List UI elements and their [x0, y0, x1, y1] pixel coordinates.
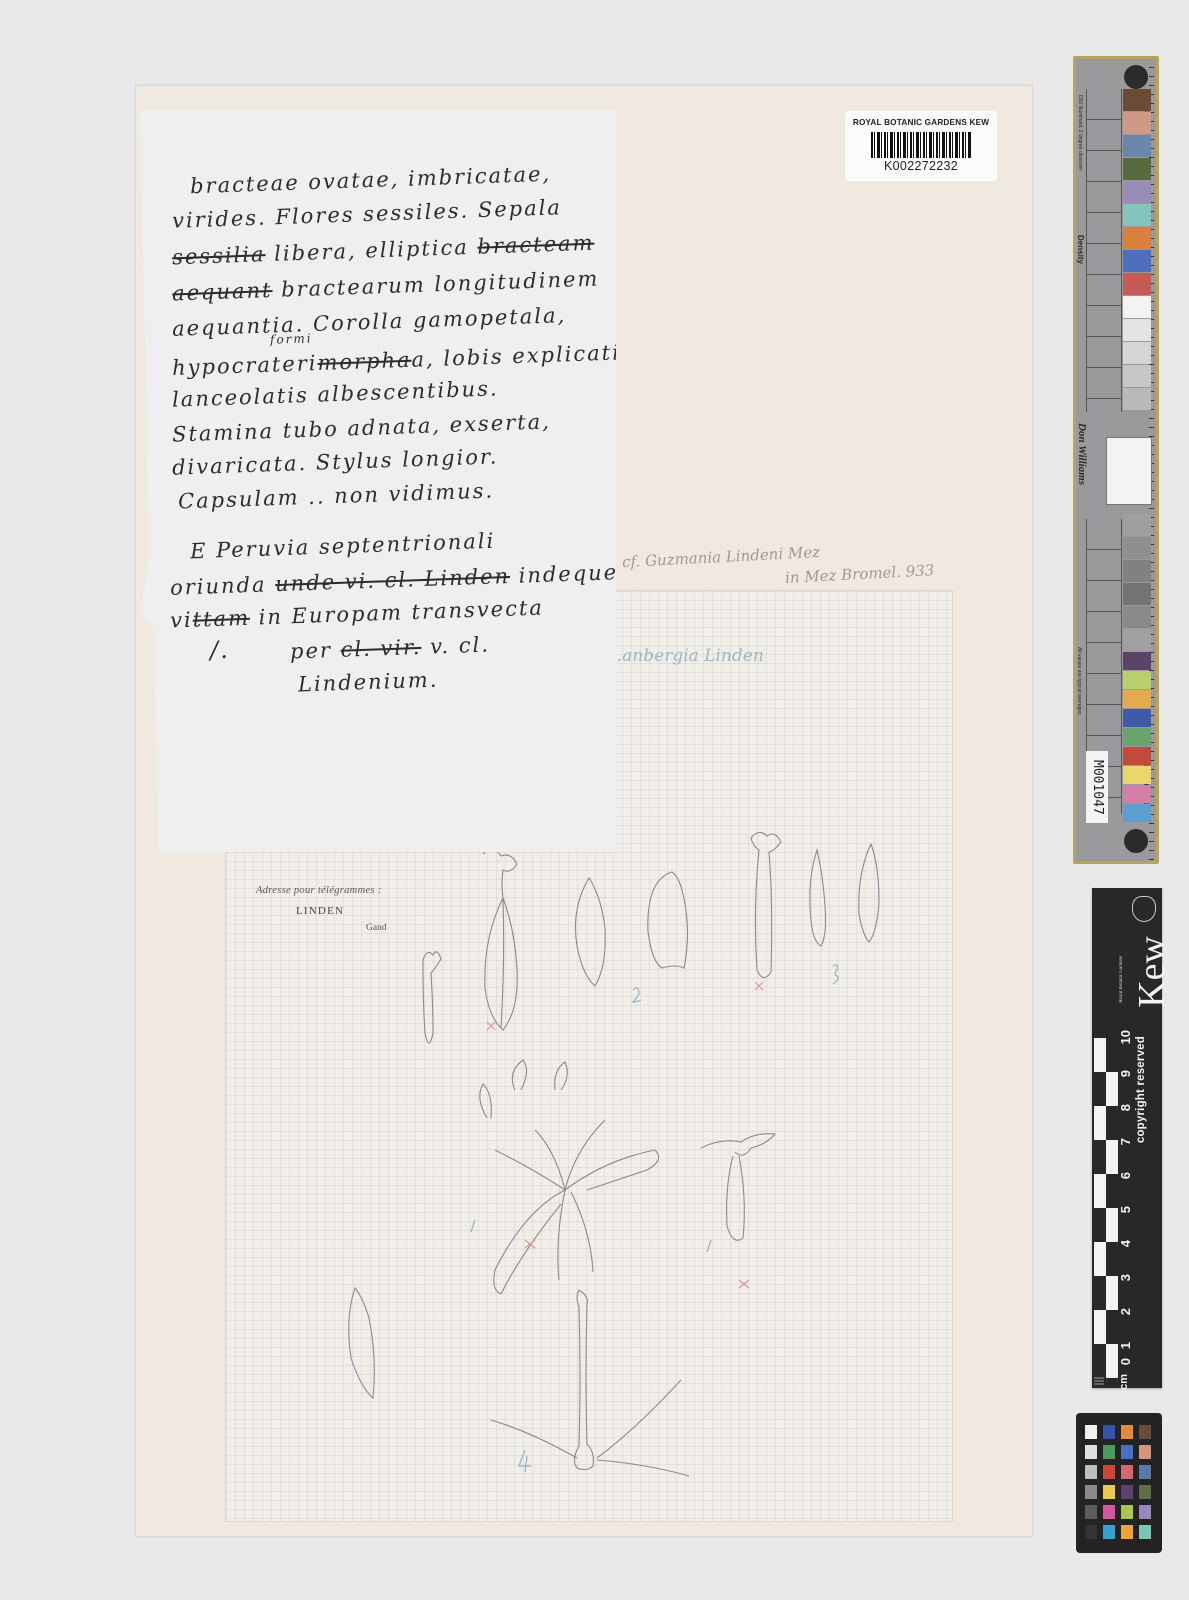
copyright-notice: copyright reserved — [1135, 1036, 1147, 1143]
note-line: E Peruvia septentrionali — [190, 529, 496, 564]
sketch-petal — [859, 844, 879, 942]
struck-word: aequant — [172, 278, 273, 305]
color-swatch — [1103, 1505, 1115, 1519]
color-swatch — [1085, 1485, 1097, 1499]
color-swatch — [1103, 1465, 1115, 1479]
ruler-color-patch — [1123, 89, 1151, 111]
sketch-pistil-with-leaves — [491, 1290, 689, 1476]
color-swatch — [1139, 1505, 1151, 1519]
color-swatch — [1085, 1465, 1097, 1479]
ruler-grey-patch — [1123, 629, 1151, 651]
cm-tick-9: 9 — [1118, 1070, 1133, 1077]
color-calibration-ruler: inches D50 Illuminant, 2 degree observer… — [1073, 56, 1159, 864]
color-swatch — [1121, 1485, 1133, 1499]
ruler-maker: Don Williams — [1076, 423, 1088, 485]
sketch-small-flower — [423, 952, 441, 1043]
color-swatch — [1121, 1425, 1133, 1439]
barcode-number: K002272232 — [845, 159, 997, 173]
cm-tick-4: 4 — [1118, 1240, 1133, 1247]
color-swatch — [1085, 1505, 1097, 1519]
specimen-number-label: M001047 — [1086, 751, 1108, 823]
note-line: lanceolatis albescentibus. — [172, 376, 499, 411]
kew-cm-scale-bar: Kew Royal Botanic Gardens copyright rese… — [1092, 888, 1162, 1388]
struck-word: bracteam — [477, 231, 595, 259]
cm-tick-6: 6 — [1118, 1172, 1133, 1179]
ruler-color-patch — [1123, 671, 1151, 689]
cm-tick-5: 5 — [1118, 1206, 1133, 1213]
ruler-color-patch — [1123, 728, 1151, 746]
color-swatch — [1121, 1465, 1133, 1479]
sketch-bract-1 — [576, 878, 606, 986]
struck-word: morpha — [317, 348, 412, 375]
ruler-caption: D50 Illuminant, 2 degree observer — [1077, 95, 1083, 170]
ruler-color-patch — [1123, 690, 1151, 708]
ruler-color-patch — [1123, 135, 1151, 157]
sketch-flower-stamens — [751, 832, 781, 977]
ruler-color-patch — [1123, 227, 1151, 249]
ruler-color-patch — [1123, 112, 1151, 134]
ruler-color-patch — [1123, 709, 1151, 727]
kew-wordmark: Kew — [1130, 936, 1174, 1008]
cm-tick-10: 10 — [1118, 1030, 1133, 1044]
ruler-grey-patch — [1123, 583, 1151, 605]
note-line: oriunda unde vi. cl. Linden indeque — [170, 560, 619, 600]
resolution-target — [1106, 437, 1152, 505]
cm-tick-8: 8 — [1118, 1104, 1133, 1111]
struck-word: sessilia — [172, 242, 266, 269]
density-label: Density — [1076, 235, 1085, 264]
color-swatch — [1085, 1445, 1097, 1459]
ruler-hole-top — [1124, 65, 1148, 89]
color-swatch — [1121, 1445, 1133, 1459]
cm-checker-scale — [1094, 1038, 1118, 1386]
note-line: aequant bractearum longitudinem — [172, 267, 600, 306]
sketch-bract-2 — [648, 872, 688, 968]
ruler-grey-patch — [1123, 606, 1151, 628]
note-line: sessilia libera, elliptica bracteam — [172, 231, 595, 270]
color-swatch — [1085, 1425, 1097, 1439]
kew-crest-icon — [1132, 896, 1156, 922]
note-line: Stamina tubo adnata, exserta, — [172, 409, 551, 446]
ruler-color-patch — [1123, 747, 1151, 765]
color-swatch — [1103, 1525, 1115, 1539]
note-line: vittam in Europam transvecta — [170, 595, 545, 632]
ruler-value-cells — [1086, 89, 1122, 412]
ruler-color-patch — [1123, 804, 1151, 822]
note-line: virides. Flores sessiles. Sepala — [172, 195, 563, 233]
ruler-color-patch — [1123, 204, 1151, 226]
cm-tick-1: 1 — [1118, 1342, 1133, 1349]
ruler-color-patch — [1123, 342, 1151, 364]
color-swatch — [1103, 1425, 1115, 1439]
ruler-hole-bottom — [1124, 829, 1148, 853]
color-swatch — [1103, 1485, 1115, 1499]
note-margin-mark: /. — [210, 636, 231, 665]
blue-figure-numbers — [471, 965, 838, 1472]
ruler-color-patch — [1123, 158, 1151, 180]
ruler-color-patch — [1123, 319, 1151, 341]
note-interlinear-insert: formi — [270, 331, 313, 346]
cm-tick-2: 2 — [1118, 1308, 1133, 1315]
ruler-color-patch — [1123, 250, 1151, 272]
barcode-icon — [871, 132, 971, 158]
color-swatch — [1139, 1425, 1151, 1439]
note-line: Capsulam .. non vidimus. — [178, 478, 495, 513]
barcode-label: ROYAL BOTANIC GARDENS KEW K002272232 — [845, 111, 997, 181]
handwritten-description-note: bracteae ovatae, imbricatae, virides. Fl… — [140, 110, 616, 852]
cm-tick-0: 0 — [1118, 1358, 1133, 1365]
ruler-footer-caption: All values are typical averages — [1076, 647, 1082, 715]
ruler-grey-patch — [1123, 514, 1151, 536]
color-swatch — [1139, 1525, 1151, 1539]
sketch-flower-tubular — [483, 849, 517, 1030]
ruler-grey-patch — [1123, 560, 1151, 582]
sketch-main-inflorescence — [480, 1060, 659, 1294]
struck-word: ttam — [192, 606, 250, 632]
ruler-color-patch — [1123, 181, 1151, 203]
color-swatch — [1121, 1505, 1133, 1519]
color-swatch — [1139, 1465, 1151, 1479]
color-swatch — [1121, 1525, 1133, 1539]
color-swatch — [1139, 1485, 1151, 1499]
note-line: bracteae ovatae, imbricatae, — [190, 162, 552, 199]
color-swatch — [1085, 1525, 1097, 1539]
note-line: per cl. vir. v. cl. — [290, 633, 491, 664]
struck-word: cl. vir. — [340, 635, 422, 662]
ruler-color-patch — [1123, 273, 1151, 295]
ruler-color-patch — [1123, 365, 1151, 387]
blue-pencil-name: ...anbergia Linden — [606, 646, 764, 666]
note-line: aequantia. Corolla gamopetala, — [172, 303, 567, 341]
sketch-sepal — [810, 850, 826, 946]
note-line: hypocraterimorphaa, lobis explicatis — [172, 340, 634, 380]
note-line: divaricata. Stylus longior. — [172, 444, 499, 479]
color-swatch — [1103, 1445, 1115, 1459]
color-swatch — [1139, 1445, 1151, 1459]
ruler-color-patch — [1123, 785, 1151, 803]
ruler-color-patch — [1123, 296, 1151, 318]
color-checker-card — [1076, 1413, 1162, 1553]
sketch-flower-bud — [349, 1288, 375, 1398]
institution-name: ROYAL BOTANIC GARDENS KEW — [845, 118, 997, 127]
struck-word: unde vi. cl. Linden — [275, 564, 511, 596]
cm-tick-3: 3 — [1118, 1274, 1133, 1281]
red-cross-marks — [487, 982, 763, 1288]
ruler-color-patch — [1123, 766, 1151, 784]
cm-tick-7: 7 — [1118, 1138, 1133, 1145]
cm-unit-label: cm — [1118, 1374, 1130, 1390]
note-line: Lindenium. — [298, 668, 439, 697]
sketch-side-flower — [701, 1134, 775, 1241]
ruler-color-patch — [1123, 652, 1151, 670]
ruler-grey-patch — [1123, 537, 1151, 559]
kew-subtitle: Royal Botanic Gardens — [1119, 956, 1124, 1003]
ruler-color-patch — [1123, 388, 1151, 410]
